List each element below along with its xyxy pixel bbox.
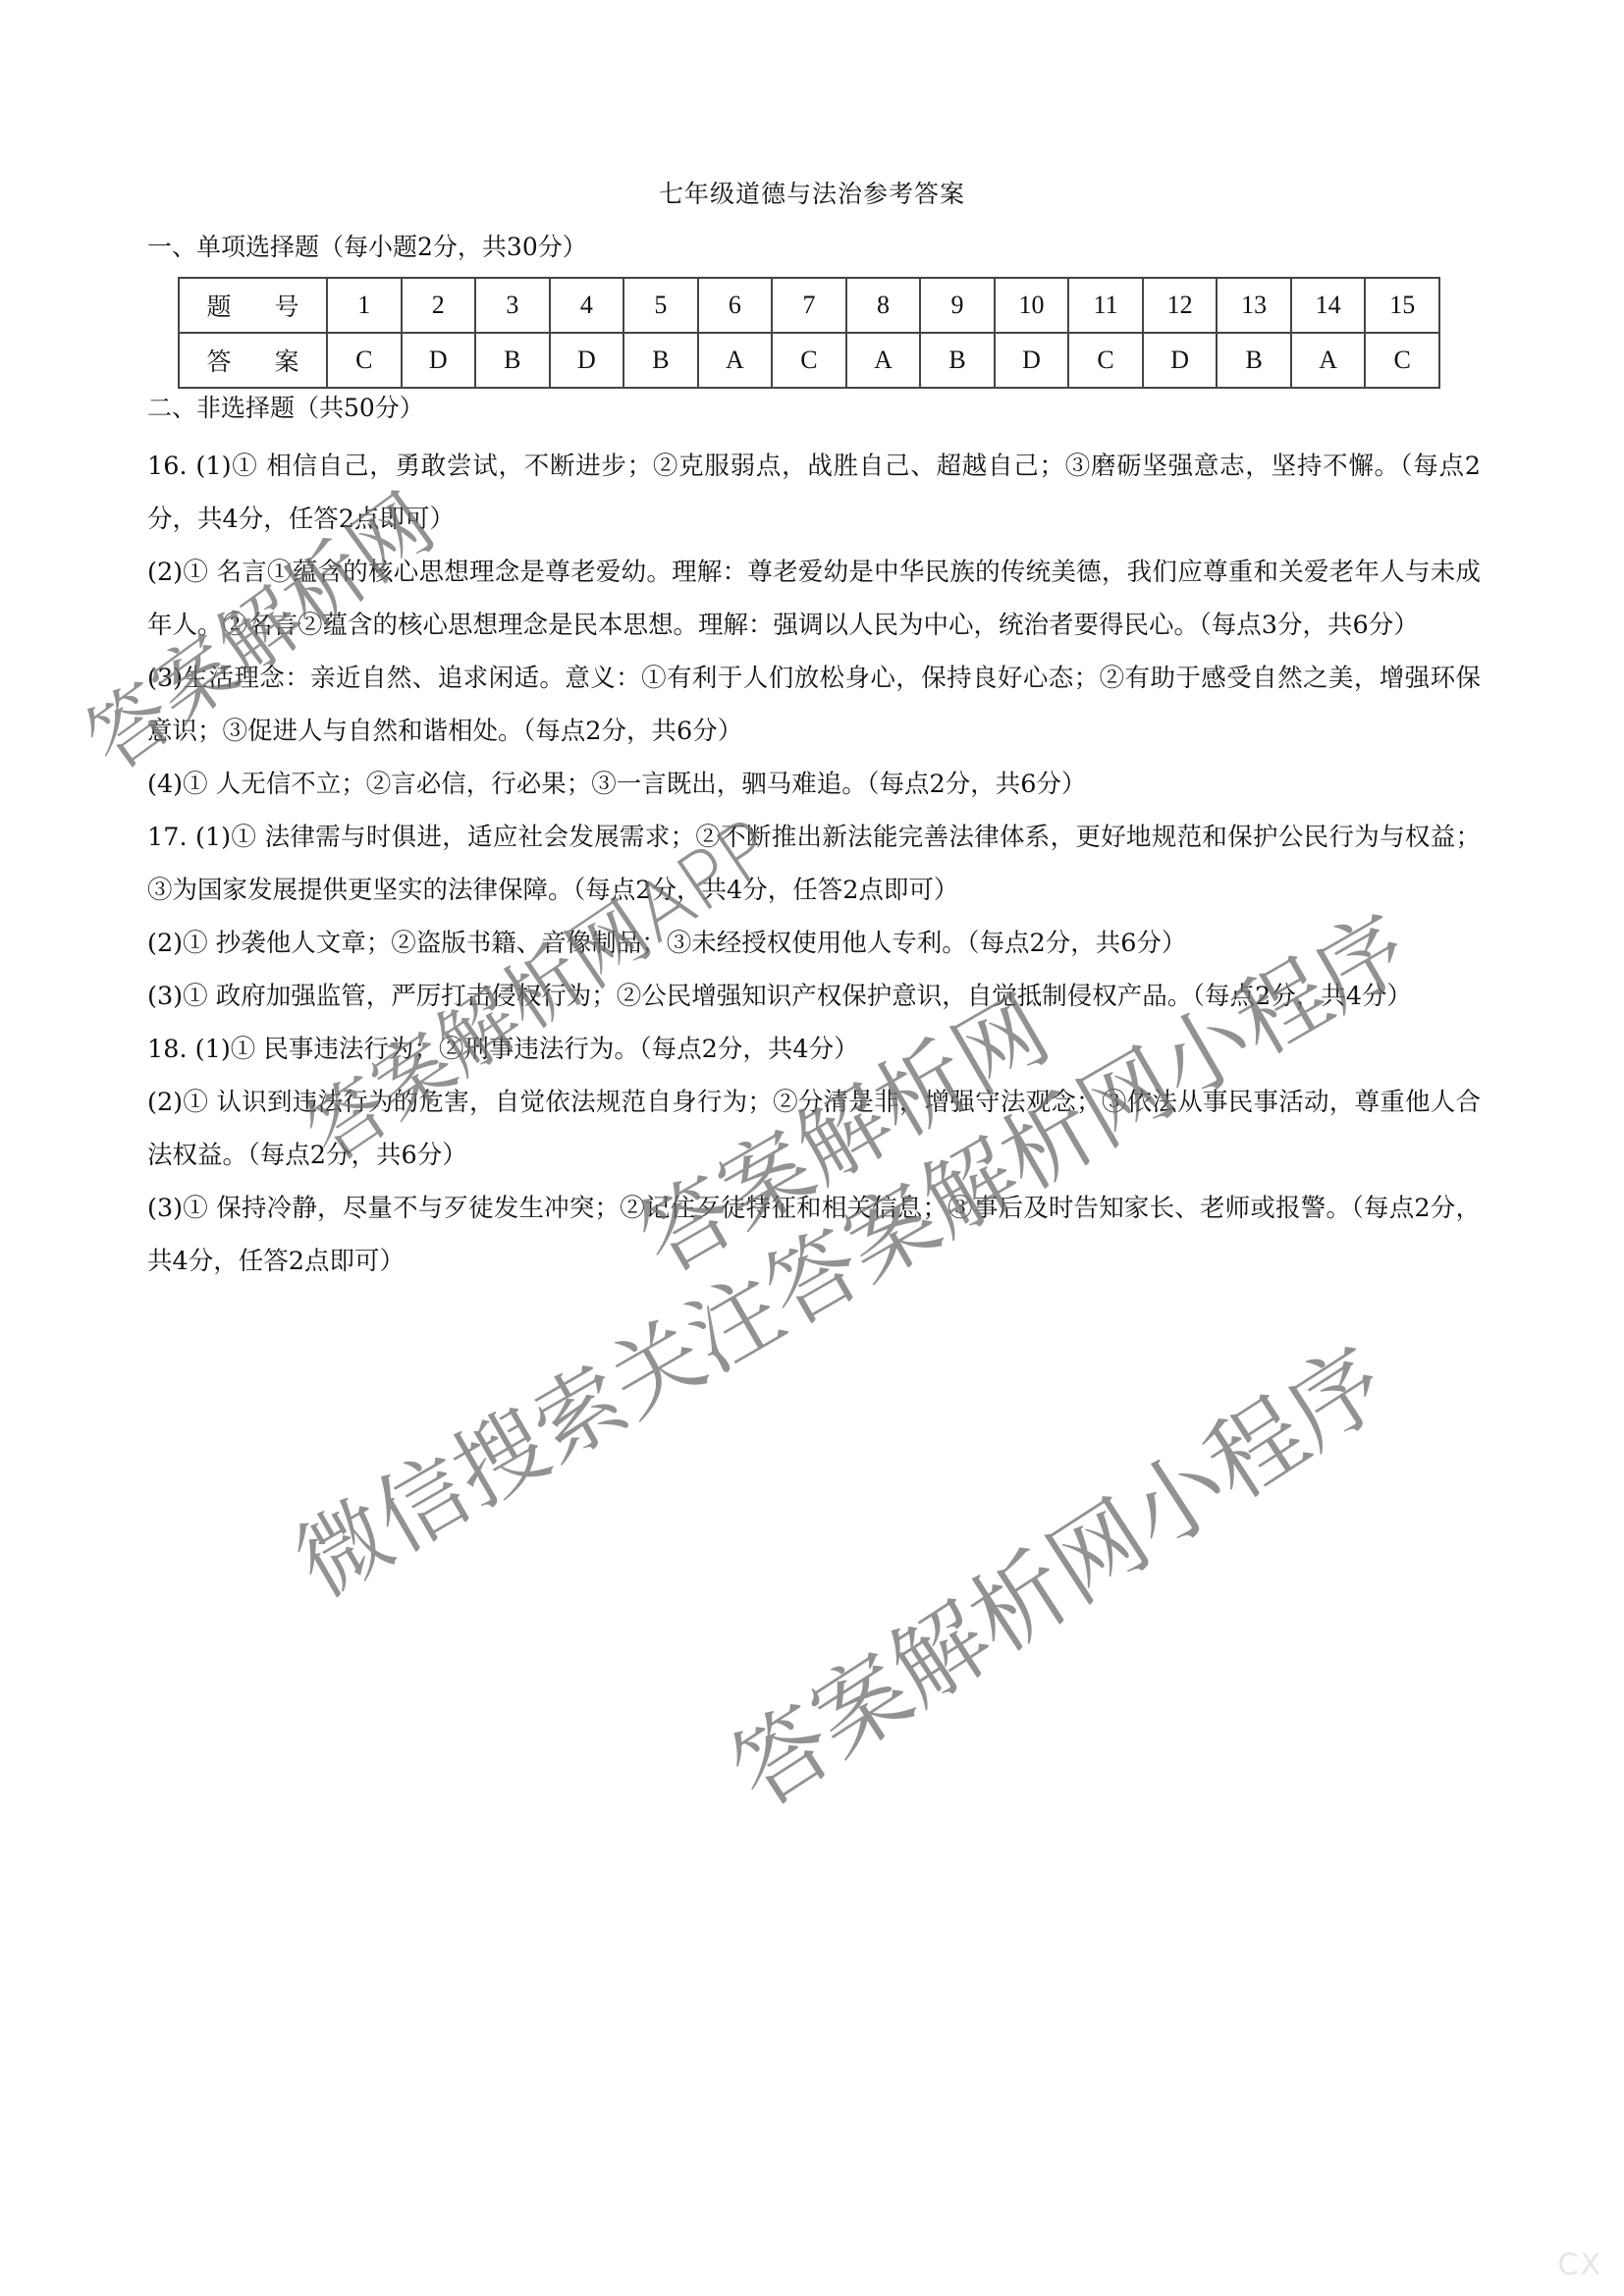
question-number: 12	[1143, 278, 1218, 333]
answer-cell: A	[1291, 333, 1366, 388]
question-number-row: 题 号 1 2 3 4 5 6 7 8 9 10 11 12 13 14 15	[179, 278, 1439, 333]
answer-cell: B	[475, 333, 550, 388]
answer-paragraph-16-1: 16. (1)① 相信自己，勇敢尝试，不断进步；②克服弱点，战胜自己、超越自己；…	[147, 440, 1481, 546]
answer-paragraph-17-3: (3)① 政府加强监管，严厉打击侵权行为；②公民增强知识产权保护意识，自觉抵制侵…	[147, 970, 1481, 1023]
answer-body: 16. (1)① 相信自己，勇敢尝试，不断进步；②克服弱点，战胜自己、超越自己；…	[147, 440, 1481, 1288]
row-header-question-number: 题 号	[179, 278, 327, 333]
corner-logo-mark: CX	[1558, 2248, 1603, 2282]
answer-cell: D	[402, 333, 476, 388]
question-number: 3	[475, 278, 550, 333]
answer-paragraph-18-2: (2)① 认识到违法行为的危害，自觉依法规范自身行为；②分清是非，增强守法观念；…	[147, 1076, 1481, 1182]
section-2-heading: 二、非选择题（共50分）	[147, 389, 424, 424]
answer-paragraph-17-1: 17. (1)① 法律需与时俱进，适应社会发展需求；②不断推出新法能完善法律体系…	[147, 811, 1481, 917]
document-title: 七年级道德与法治参考答案	[0, 175, 1624, 210]
answer-cell: C	[327, 333, 402, 388]
answer-key-page: 七年级道德与法治参考答案 一、单项选择题（每小题2分，共30分） 题 号 1 2…	[0, 0, 1624, 2296]
answer-cell: C	[1068, 333, 1143, 388]
question-number: 5	[623, 278, 698, 333]
answer-paragraph-16-2: (2)① 名言①蕴含的核心思想理念是尊老爱幼。理解：尊老爱幼是中华民族的传统美德…	[147, 546, 1481, 652]
answer-cell: B	[623, 333, 698, 388]
answer-paragraph-18-1: 18. (1)① 民事违法行为；②刑事违法行为。（每点2分，共4分）	[147, 1023, 1481, 1076]
answer-row: 答 案 C D B D B A C A B D C D B A C	[179, 333, 1439, 388]
question-number: 14	[1291, 278, 1366, 333]
row-header-answer: 答 案	[179, 333, 327, 388]
question-number: 2	[402, 278, 476, 333]
answer-cell: D	[1143, 333, 1218, 388]
answer-cell: A	[846, 333, 921, 388]
watermark-text: 答案解析网小程序	[702, 1309, 1408, 1833]
answer-table: 题 号 1 2 3 4 5 6 7 8 9 10 11 12 13 14 15 …	[178, 277, 1440, 389]
section-1-heading: 一、单项选择题（每小题2分，共30分）	[147, 228, 587, 263]
answer-cell: A	[698, 333, 773, 388]
question-number: 13	[1217, 278, 1291, 333]
question-number: 9	[920, 278, 995, 333]
answer-paragraph-18-3: (3)① 保持冷静，尽量不与歹徒发生冲突；②记住歹徒特征和相关信息；③事后及时告…	[147, 1182, 1481, 1288]
answer-cell: C	[772, 333, 846, 388]
answer-paragraph-17-2: (2)① 抄袭他人文章；②盗版书籍、音像制品；③未经授权使用他人专利。（每点2分…	[147, 917, 1481, 970]
question-number: 8	[846, 278, 921, 333]
answer-cell: D	[550, 333, 624, 388]
question-number: 10	[995, 278, 1069, 333]
question-number: 1	[327, 278, 402, 333]
question-number: 11	[1068, 278, 1143, 333]
answer-cell: D	[995, 333, 1069, 388]
question-number: 7	[772, 278, 846, 333]
answer-cell: C	[1365, 333, 1439, 388]
question-number: 6	[698, 278, 773, 333]
answer-cell: B	[1217, 333, 1291, 388]
answer-paragraph-16-4: (4)① 人无信不立；②言必信，行必果；③一言既出，驷马难追。（每点2分，共6分…	[147, 758, 1481, 811]
question-number: 15	[1365, 278, 1439, 333]
question-number: 4	[550, 278, 624, 333]
answer-cell: B	[920, 333, 995, 388]
answer-paragraph-16-3: (3)生活理念：亲近自然、追求闲适。意义：①有利于人们放松身心，保持良好心态；②…	[147, 652, 1481, 758]
